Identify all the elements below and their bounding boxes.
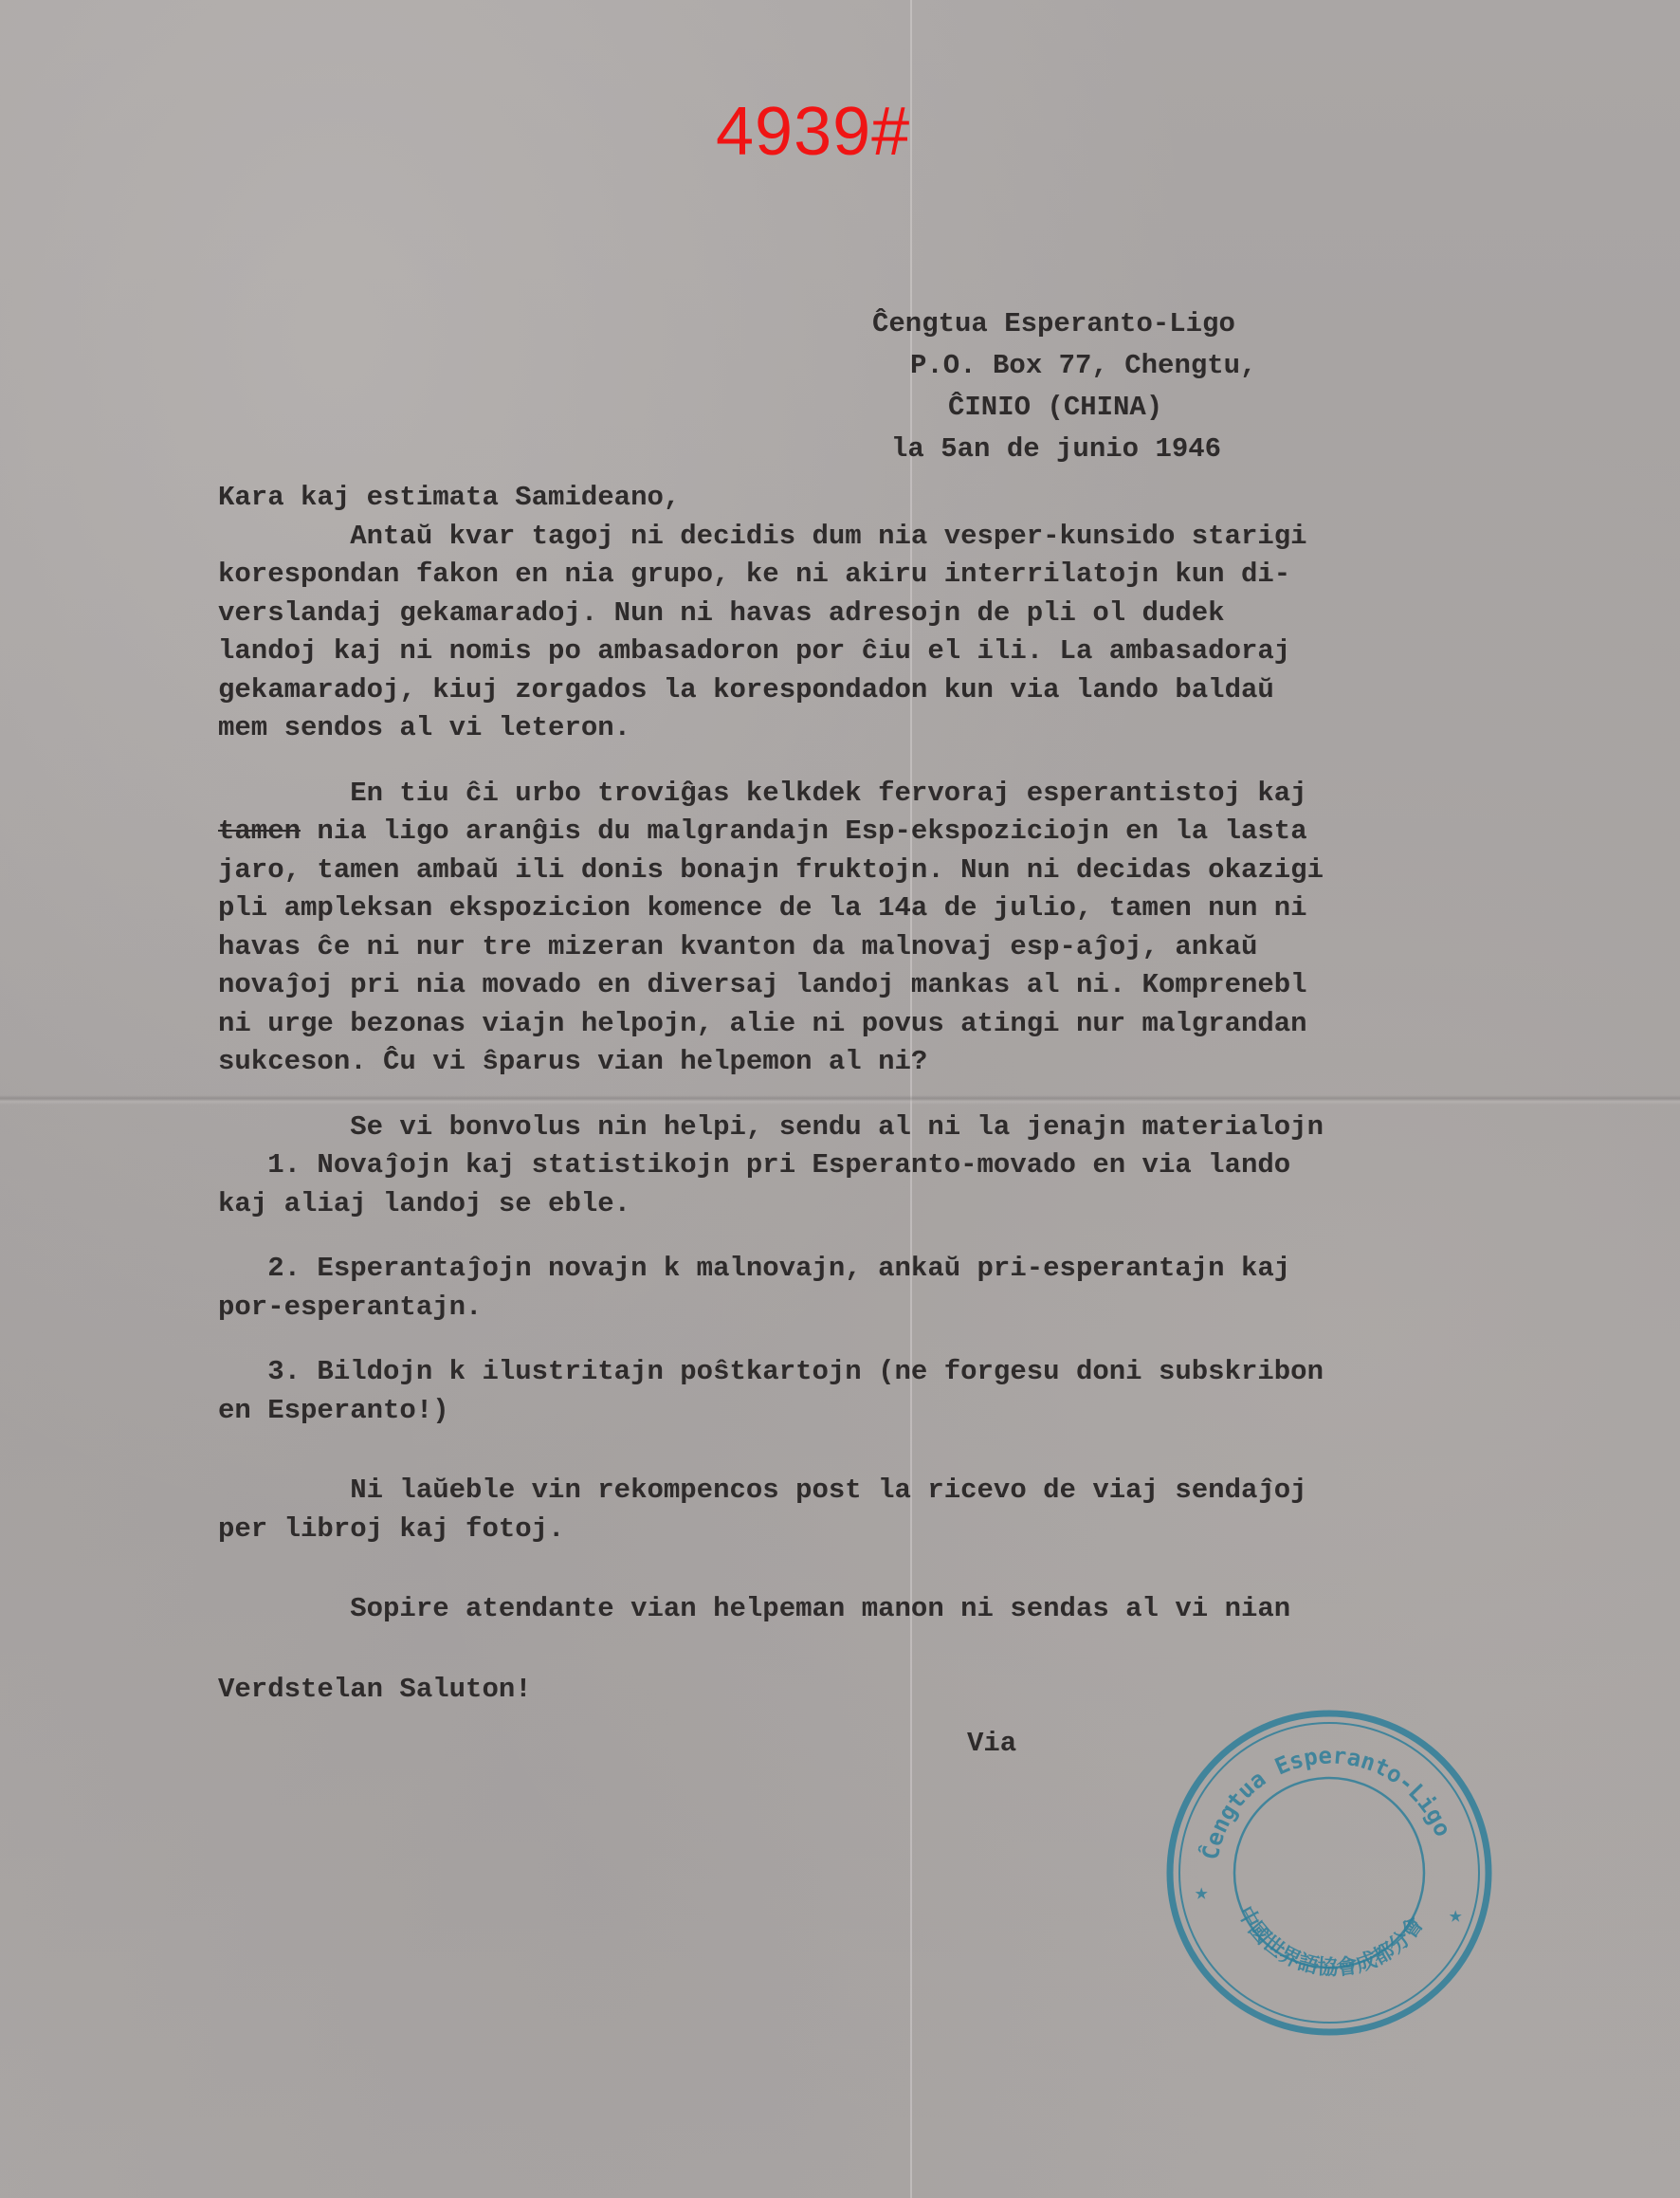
text-line: pli ampleksan ekspozicion komence de la …	[218, 889, 1583, 928]
letterhead-address: P.O. Box 77, Chengtu,	[834, 345, 1256, 387]
text-line: 2. Esperantaĵojn novajn k malnovajn, ank…	[218, 1250, 1583, 1289]
spacer	[218, 1223, 1583, 1250]
struck-word: tamen	[218, 815, 301, 847]
closing-paragraph-2: Sopire atendante vian helpeman manon ni …	[218, 1590, 1583, 1629]
paragraph-2: En tiu ĉi urbo troviĝas kelkdek fervoraj…	[218, 775, 1583, 1082]
reference-number: 4939#	[716, 93, 910, 171]
spacer	[218, 1629, 1583, 1671]
text-line: ni urge bezonas viajn helpojn, alie ni p…	[218, 1005, 1583, 1044]
letterhead: Ĉengtua Esperanto-Ligo P.O. Box 77, Chen…	[834, 303, 1256, 470]
spacer	[218, 1327, 1583, 1353]
organization-stamp-icon: Ĉengtua Esperanto-Ligo 中國世界語協會成都分會 ★ ★	[1159, 1702, 1500, 2043]
text-line: kaj aliaj landoj se eble.	[218, 1185, 1583, 1224]
text-line: per libroj kaj fotoj.	[218, 1511, 1583, 1549]
list-item-1: 1. Novaĵojn kaj statistikojn pri Esperan…	[218, 1146, 1583, 1223]
text-line: sukceson. Ĉu vi ŝparus vian helpemon al …	[218, 1043, 1583, 1082]
letterhead-country: ĈINIO (CHINA)	[834, 387, 1256, 429]
svg-text:★: ★	[1195, 1881, 1208, 1907]
text-line: por-esperantajn.	[218, 1289, 1583, 1328]
text-line: 1. Novaĵojn kaj statistikojn pri Esperan…	[218, 1146, 1583, 1185]
text-line: landoj kaj ni nomis po ambasadoron por ĉ…	[218, 632, 1583, 671]
text-line: en Esperanto!)	[218, 1392, 1583, 1431]
letterhead-organization: Ĉengtua Esperanto-Ligo	[834, 303, 1256, 345]
text-line: verslandaj gekamaradoj. Nun ni havas adr…	[218, 595, 1583, 633]
spacer	[218, 1430, 1583, 1472]
letter-date: la 5an de junio 1946	[834, 429, 1256, 470]
text-line: gekamaradoj, kiuj zorgados la koresponda…	[218, 671, 1583, 710]
salutation: Kara kaj estimata Samideano,	[218, 479, 1583, 518]
spacer	[218, 1548, 1583, 1590]
paragraph-1: Antaŭ kvar tagoj ni decidis dum nia vesp…	[218, 518, 1583, 748]
svg-text:Ĉengtua Esperanto-Ligo: Ĉengtua Esperanto-Ligo	[1195, 1742, 1456, 1861]
text-line: nia ligo aranĝis du malgrandajn Esp-eksp…	[317, 815, 1306, 847]
closing-word: Via	[967, 1728, 1016, 1759]
text-line: Ni laŭeble vin rekompencos post la ricev…	[218, 1472, 1583, 1511]
spacer	[218, 1082, 1583, 1108]
list-item-2: 2. Esperantaĵojn novajn k malnovajn, ank…	[218, 1250, 1583, 1327]
text-line: havas ĉe ni nur tre mizeran kvanton da m…	[218, 928, 1583, 967]
text-line: En tiu ĉi urbo troviĝas kelkdek fervoraj…	[218, 775, 1583, 814]
text-line: Antaŭ kvar tagoj ni decidis dum nia vesp…	[218, 518, 1583, 557]
closing-paragraph-1: Ni laŭeble vin rekompencos post la ricev…	[218, 1472, 1583, 1548]
text-line: Se vi bonvolus nin helpi, sendu al ni la…	[218, 1108, 1583, 1147]
svg-text:★: ★	[1449, 1904, 1462, 1930]
text-line: mem sendos al vi leteron.	[218, 709, 1583, 748]
letter-body: Kara kaj estimata Samideano, Antaŭ kvar …	[218, 479, 1583, 1709]
paragraph-3: Se vi bonvolus nin helpi, sendu al ni la…	[218, 1108, 1583, 1147]
svg-text:中國世界語協會成都分會: 中國世界語協會成都分會	[1233, 1902, 1429, 1981]
text-line: korespondan fakon en nia grupo, ke ni ak…	[218, 556, 1583, 595]
text-line: jaro, tamen ambaŭ ili donis bonajn frukt…	[218, 852, 1583, 890]
list-item-3: 3. Bildojn k ilustritajn poŝtkartojn (ne…	[218, 1353, 1583, 1430]
text-line: Sopire atendante vian helpeman manon ni …	[218, 1590, 1583, 1629]
text-line-with-strikethrough: tamen nia ligo aranĝis du malgrandajn Es…	[218, 813, 1583, 852]
text-line: novaĵoj pri nia movado en diversaj lando…	[218, 966, 1583, 1005]
text-line: 3. Bildojn k ilustritajn poŝtkartojn (ne…	[218, 1353, 1583, 1392]
spacer	[218, 748, 1583, 775]
